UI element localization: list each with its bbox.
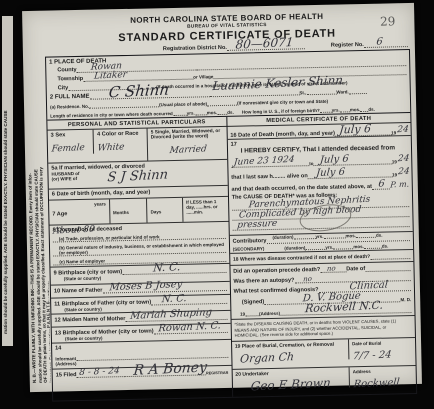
address-label: (Address) (259, 311, 280, 316)
full-name-scrawl: C Shinn (108, 80, 170, 101)
form-body: 1 PLACE OF DEATH County Rowan Township L… (45, 49, 417, 402)
signed-label: (Signed) (242, 299, 264, 305)
disease-contracted-label: 18 Where was disease contracted if not a… (233, 254, 370, 263)
registrar-label: REGISTRAR (206, 371, 228, 375)
death-certificate: N. B.—WRITE PLAINLY, WITH UNFADING INK—T… (22, 3, 422, 392)
certify-to-value: July 6 (320, 154, 350, 166)
parents-side-label: PARENTS (45, 300, 51, 328)
color-race-value: White (98, 142, 126, 153)
dod-year-value: 24 (396, 125, 408, 136)
residence-label: (a) Residence. No. (50, 104, 89, 110)
certify-to-year-value: 24 (397, 154, 409, 165)
cause-line3: pressure (236, 219, 277, 231)
ds-unit: ds. (368, 107, 375, 112)
operation-value: no (326, 264, 335, 272)
city-label: City (58, 85, 69, 91)
contributory-label: Contributory (233, 238, 267, 245)
township-value: Litaker (93, 70, 127, 82)
ds-unit: ds. (382, 244, 389, 249)
ward-label: Ward. (336, 89, 348, 94)
ds-unit: ds. (227, 110, 234, 115)
undertaker-address-value: Rockwell (353, 377, 400, 390)
last-saw-label: that I last saw h........ alive on (231, 173, 308, 181)
adjacent-page-edge: mation should be carefully supplied. AGE… (2, 16, 13, 346)
father-name-label: 10 Name of Father (54, 288, 103, 295)
undertaker-address-label: Address (353, 368, 413, 374)
register-no-label: Register No. (331, 42, 364, 49)
full-name-label: 2 FULL NAME (50, 94, 90, 101)
color-race-label: 4 Color or Race (97, 131, 144, 138)
occupation-label: 8 Occupation of deceased (53, 224, 226, 234)
last-saw-value: July 6 (316, 167, 346, 179)
date-of-death-value: July 6 (339, 122, 372, 137)
adjacent-page-edge-text: mation should be carefully supplied. AGE… (3, 18, 9, 334)
scanned-record: mation should be carefully supplied. AGE… (0, 0, 434, 409)
mother-name-label: 12 Maiden Name of Mother (54, 316, 125, 323)
township-label: Township (57, 76, 83, 83)
medical-certificate-column: MEDICAL CERTIFICATE OF DEATH 16 Date of … (227, 113, 416, 397)
marital-label: 5 Single, Married, Widowed, or Divorced … (151, 129, 224, 141)
informant-number: 14 (55, 342, 228, 352)
occupation-trade-label: (a) Trade, profession, or particular kin… (53, 233, 226, 243)
county-label: County (57, 67, 76, 73)
last-saw-year-value: 24 (397, 167, 409, 178)
physician-address-value: Rockwell N.C. (304, 299, 383, 316)
secondary-label: (SECONDARY) (233, 246, 265, 252)
burial-place-value: Organ Ch (239, 350, 294, 366)
reg-district-value: 80—6071 (235, 35, 294, 52)
birthplace-value: N. C. (152, 260, 181, 274)
sheet-number: 29 (380, 14, 396, 28)
autopsy-value: no (303, 275, 312, 283)
burial-date-label: Date of Burial (352, 340, 412, 346)
certify-to-year-prefix: 19 (392, 159, 397, 164)
yrs-unit: yrs. (325, 245, 333, 250)
md-label: M. D. (400, 297, 411, 302)
certify-from-value: June 23 1924 (233, 155, 294, 168)
abode-note: (Usual place of abode) (159, 101, 207, 107)
register-no-value: 6 (376, 36, 383, 47)
mos-unit: mos. (207, 110, 218, 115)
burial-date-value: 7/7 - 24 (352, 349, 392, 362)
burial-place-label: 19 Place of Burial, Cremation, or Remova… (235, 341, 345, 349)
marital-value: Married (169, 144, 207, 156)
father-name-value: Moses B Josey (108, 279, 182, 293)
filed-date-value: 8 - 8 - 24 (79, 366, 120, 378)
or-village-label: or Village (193, 74, 213, 79)
yrs-unit: yrs. (332, 108, 340, 113)
death-time-value: 6 (378, 178, 385, 189)
age-label: 7 Age (52, 211, 67, 217)
sex-value: Female (51, 143, 85, 155)
dod-year-prefix: 19 (391, 130, 396, 135)
death-time-meridiem: P. m. (390, 180, 410, 190)
registrar-signature: R A Boney (133, 359, 208, 379)
age-years-label: years (94, 201, 106, 206)
age-days-label: Days (150, 209, 161, 214)
yrs-unit: yrs. (187, 111, 195, 116)
certificate-header: NORTH CAROLINA STATE BOARD OF HEALTH BUR… (44, 6, 410, 46)
undertaker-value: Geo E Brown (250, 376, 331, 394)
reg-district-label: Registration District No. (163, 45, 227, 52)
age-less-label: If LESS than 1 day, ......hrs. or ......… (186, 199, 225, 215)
father-birthplace-value: N. C. (161, 293, 187, 305)
date-of-label: Date of (346, 266, 365, 272)
filed-label: 15 Filed (56, 372, 77, 378)
last-saw-year-prefix: 19 (392, 172, 397, 177)
spouse-value: S J Shinn (107, 167, 169, 185)
mother-birthplace-value: Rowan N. C. (158, 320, 222, 334)
mos-unit: mos. (350, 107, 361, 112)
certificate-form: NORTH CAROLINA STATE BOARD OF HEALTH BUR… (44, 6, 417, 389)
mos-unit: mos. (353, 244, 364, 249)
age-months-label: Months (113, 210, 129, 215)
nonresident-note: (If nonresident give city or town and St… (237, 99, 328, 106)
sex-label: 3 Sex (51, 132, 91, 139)
foreign-birth-note: How long in U. S., if of foreign birth? (242, 108, 320, 115)
duration-label2: (duration) (284, 245, 305, 250)
occupation-industry-label: (b) General nature of industry, business… (53, 242, 226, 257)
dob-label: 6 Date of birth (month, day, and year) (52, 188, 225, 198)
personal-particulars-column: PERSONAL AND STATISTICAL PARTICULARS 3 S… (47, 117, 232, 401)
